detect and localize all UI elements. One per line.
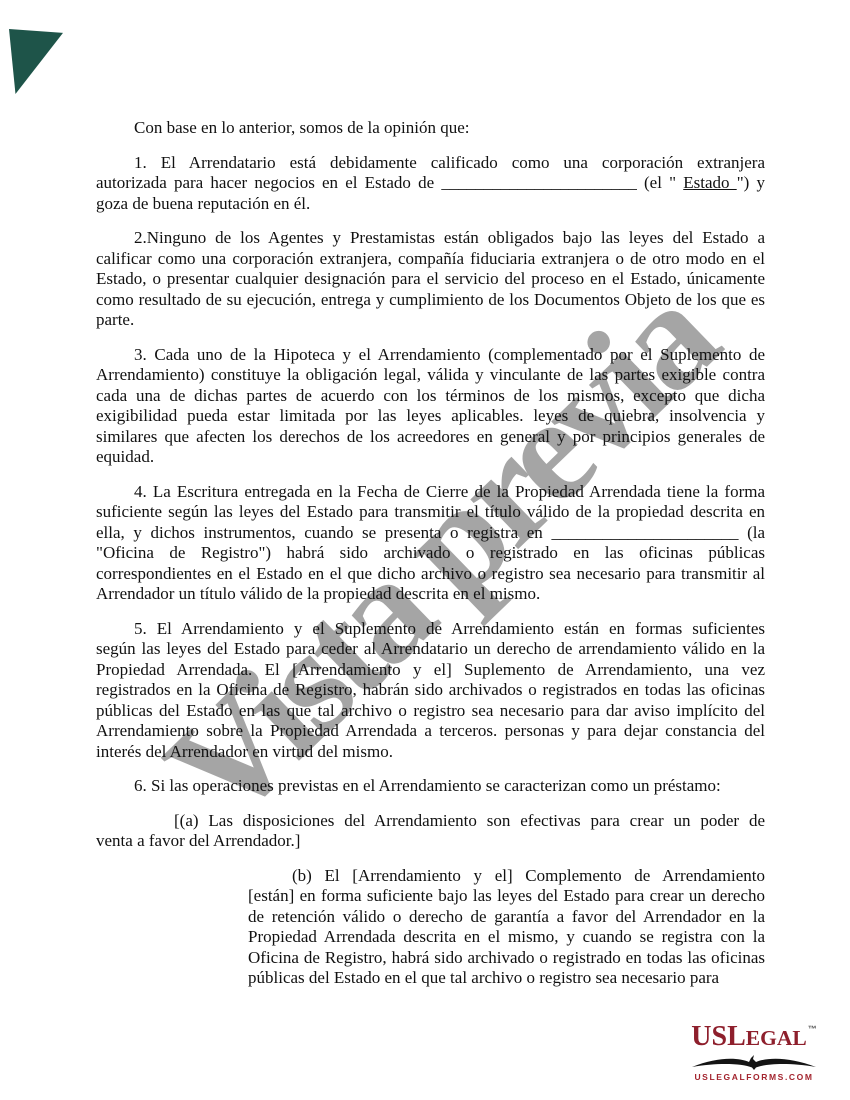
doc-line: "Oficina de Registro") habrá sido archiv… <box>96 543 765 564</box>
paragraph: [(a) Las disposiciones del Arrendamiento… <box>96 811 765 852</box>
doc-line: suficiente según las leyes del Estado pa… <box>96 502 765 523</box>
doc-line: calificar como una corporación extranjer… <box>96 249 765 270</box>
doc-line: (b) El [Arrendamiento y el] Complemento … <box>248 866 765 887</box>
doc-line: 2.Ninguno de los Agentes y Prestamistas … <box>96 228 765 249</box>
paragraph: (b) El [Arrendamiento y el] Complemento … <box>248 866 765 989</box>
doc-line: 3. Cada uno de la Hipoteca y el Arrendam… <box>96 345 765 366</box>
doc-line: como resultado de su ejecución, entrega … <box>96 290 765 311</box>
wordmark-large: USL <box>691 1021 745 1052</box>
doc-line: Propiedad Arrendada. El [Arrendamiento y… <box>96 660 765 681</box>
doc-line: 5. El Arrendamiento y el Suplemento de A… <box>96 619 765 640</box>
doc-line: según las leyes del Estado para ceder al… <box>96 639 765 660</box>
doc-line: Con base en lo anterior, somos de la opi… <box>96 118 765 139</box>
doc-line: venta a favor del Arrendador.] <box>96 831 765 852</box>
doc-line: autorizada para hacer negocios en el Est… <box>96 173 765 194</box>
doc-line: equidad. <box>96 447 765 468</box>
doc-line: cada una de dichas partes de acuerdo con… <box>96 386 765 407</box>
doc-line: Estado, o presentar cualquier designació… <box>96 269 765 290</box>
paragraph: 1. El Arrendatario está debidamente cali… <box>96 153 765 215</box>
doc-line: 4. La Escritura entregada en la Fecha de… <box>96 482 765 503</box>
doc-line: públicas del Estado en el que tal archiv… <box>248 968 765 989</box>
doc-line: Propiedad Arrendada descrita en el mismo… <box>248 927 765 948</box>
doc-line: 6. Si las operaciones previstas en el Ar… <box>96 776 765 797</box>
doc-line: correspondientes en el Estado en el que … <box>96 564 765 585</box>
document-page: Vista previa Con base en lo anterior, so… <box>0 0 850 1100</box>
doc-line: goza de buena reputación en él. <box>96 194 765 215</box>
paragraph: Con base en lo anterior, somos de la opi… <box>96 118 765 139</box>
underlined-term: Estado <box>683 173 736 192</box>
paragraph: 2.Ninguno de los Agentes y Prestamistas … <box>96 228 765 331</box>
doc-line: ella, y dichos instrumentos, cuando se p… <box>96 523 765 544</box>
doc-line: Arrendamiento sobre la Propiedad Arrenda… <box>96 721 765 742</box>
paragraph: 3. Cada uno de la Hipoteca y el Arrendam… <box>96 345 765 468</box>
doc-line: 1. El Arrendatario está debidamente cali… <box>96 153 765 174</box>
uslegal-logo[interactable]: USLEGAL™ USLEGALFORMS.COM <box>676 1016 832 1082</box>
wordmark-small: EGAL <box>746 1026 807 1050</box>
doc-line: Oficina de Registro, habrá sido archivad… <box>248 948 765 969</box>
paragraph: 6. Si las operaciones previstas en el Ar… <box>96 776 765 797</box>
doc-line: Arrendamiento) constituye la obligación … <box>96 365 765 386</box>
document-body: Con base en lo anterior, somos de la opi… <box>96 118 765 989</box>
doc-line: Arrendador un título válido de la propie… <box>96 584 765 605</box>
trademark-symbol: ™ <box>808 1024 817 1034</box>
doc-line: [(a) Las disposiciones del Arrendamiento… <box>96 811 765 832</box>
doc-line: interés del Arrendador en virtud del mis… <box>96 742 765 763</box>
paragraph: 5. El Arrendamiento y el Suplemento de A… <box>96 619 765 763</box>
doc-line: similares que afecten los derechos de lo… <box>96 427 765 448</box>
corner-triangle <box>9 29 63 94</box>
doc-line: registrados en la Oficina de Registro, h… <box>96 680 765 701</box>
eagle-icon <box>690 1054 818 1070</box>
paragraph: 4. La Escritura entregada en la Fecha de… <box>96 482 765 605</box>
doc-line: parte. <box>96 310 765 331</box>
doc-line: de retención válido o derecho de garantí… <box>248 907 765 928</box>
uslegal-wordmark: USLEGAL™ <box>676 1016 832 1054</box>
doc-line: exigibilidad pueda estar limitada por la… <box>96 406 765 427</box>
uslegalforms-url: USLEGALFORMS.COM <box>676 1072 832 1082</box>
doc-line: [están] en forma suficiente bajo las ley… <box>248 886 765 907</box>
doc-line: públicas del Estado en las que tal archi… <box>96 701 765 722</box>
